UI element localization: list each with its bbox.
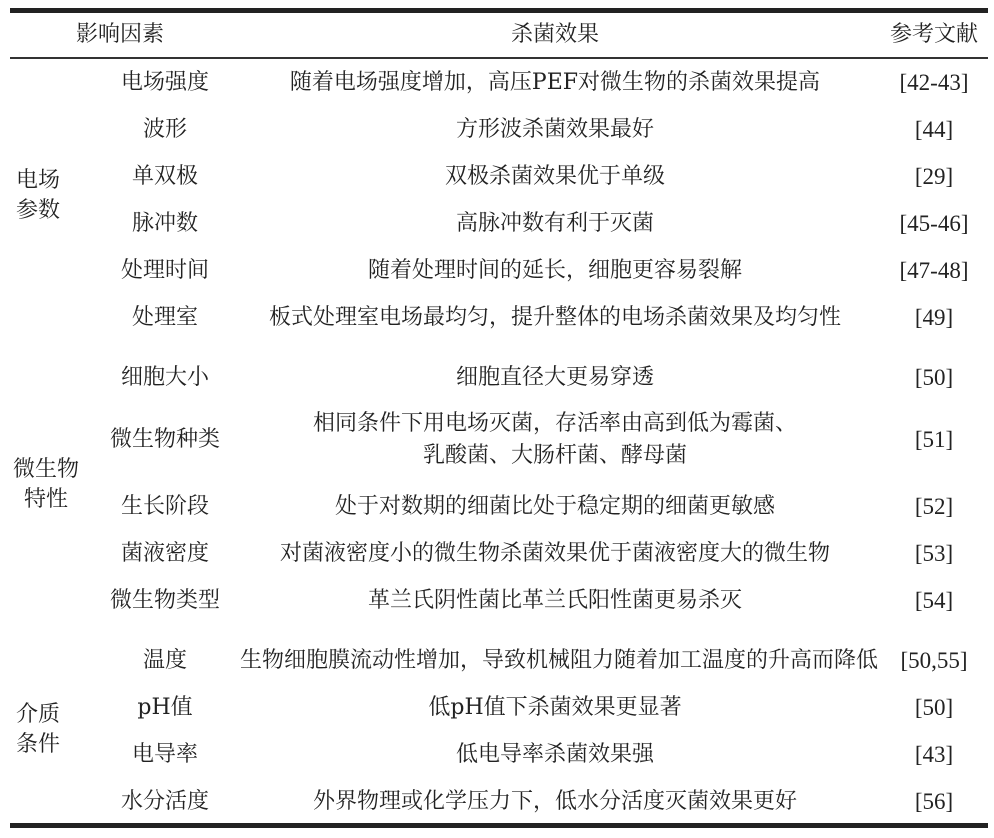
factor-cell: 菌液密度 — [100, 541, 230, 567]
effect-cell: 细胞直径大更易穿透 — [240, 365, 870, 391]
effect-cell-line-2: 乳酸菌、大肠杆菌、酵母菌 — [240, 443, 870, 469]
factor-cell: pH值 — [100, 695, 230, 721]
reference-cell: [42-43] — [880, 70, 988, 96]
reference-cell: [49] — [880, 305, 988, 331]
group-label-line: 介质 — [8, 700, 68, 730]
factor-cell: 细胞大小 — [100, 365, 230, 391]
effect-cell: 对菌液密度小的微生物杀菌效果优于菌液密度大的微生物 — [240, 541, 870, 567]
effect-cell: 双极杀菌效果优于单级 — [240, 164, 870, 190]
effect-cell: 革兰氏阴性菌比革兰氏阳性菌更易杀灭 — [240, 588, 870, 614]
effect-cell: 随着处理时间的延长，细胞更容易裂解 — [240, 258, 870, 284]
reference-cell: [47-48] — [880, 258, 988, 284]
factor-cell: 处理室 — [100, 305, 230, 331]
reference-cell: [29] — [880, 164, 988, 190]
effect-cell: 方形波杀菌效果最好 — [240, 117, 870, 143]
reference-cell: [51] — [880, 427, 988, 453]
factor-cell: 波形 — [100, 117, 230, 143]
effect-cell: 随着电场强度增加，高压PEF对微生物的杀菌效果提高 — [240, 70, 870, 96]
header-effect: 杀菌效果 — [240, 22, 870, 48]
factor-cell: 脉冲数 — [100, 211, 230, 237]
effect-cell: 高脉冲数有利于灭菌 — [240, 211, 870, 237]
effect-cell-line-1: 相同条件下用电场灭菌，存活率由高到低为霉菌、 — [240, 411, 870, 437]
data-table: 影响因素 杀菌效果 参考文献 — [10, 8, 988, 59]
group-label-line: 特性 — [6, 485, 86, 515]
factor-cell: 水分活度 — [100, 789, 230, 815]
group-label-line: 参数 — [8, 196, 68, 226]
reference-cell: [54] — [880, 588, 988, 614]
reference-cell: [44] — [880, 117, 988, 143]
header-row: 影响因素 杀菌效果 参考文献 — [10, 13, 988, 57]
bottom-rule — [10, 823, 988, 828]
group-label-line: 电场 — [8, 166, 68, 196]
factor-cell: 生长阶段 — [100, 494, 230, 520]
group-label-field-params: 电场 参数 — [8, 166, 68, 226]
reference-cell: [45-46] — [880, 211, 988, 237]
effect-cell: 低电导率杀菌效果强 — [240, 742, 870, 768]
factor-cell: 单双极 — [100, 164, 230, 190]
reference-cell: [50] — [880, 365, 988, 391]
group-label-medium: 介质 条件 — [8, 700, 68, 760]
effect-cell: 处于对数期的细菌比处于稳定期的细菌更敏感 — [240, 494, 870, 520]
factor-cell: 微生物种类 — [100, 427, 230, 453]
header-factor: 影响因素 — [10, 22, 230, 48]
table-row: 微生物种类 相同条件下用电场灭菌，存活率由高到低为霉菌、 乳酸菌、大肠杆菌、酵母… — [10, 411, 988, 475]
effect-cell: 低pH值下杀菌效果更显著 — [240, 695, 870, 721]
factor-cell: 电导率 — [100, 742, 230, 768]
reference-cell: [53] — [880, 541, 988, 567]
factor-cell: 电场强度 — [100, 70, 230, 96]
factor-cell: 温度 — [100, 648, 230, 674]
effect-cell: 生物细胞膜流动性增加，导致机械阻力随着加工温度的升高而降低 — [240, 648, 870, 674]
reference-cell: [56] — [880, 789, 988, 815]
group-label-line: 条件 — [8, 730, 68, 760]
header-reference: 参考文献 — [880, 22, 988, 48]
reference-cell: [50,55] — [880, 648, 988, 674]
factor-cell: 处理时间 — [100, 258, 230, 284]
effect-cell: 外界物理或化学压力下，低水分活度灭菌效果更好 — [240, 789, 870, 815]
header-rule — [10, 57, 988, 59]
reference-cell: [50] — [880, 695, 988, 721]
reference-cell: [43] — [880, 742, 988, 768]
effect-cell: 板式处理室电场最均匀，提升整体的电场杀菌效果及均匀性 — [240, 305, 870, 331]
factor-cell: 微生物类型 — [100, 588, 230, 614]
reference-cell: [52] — [880, 494, 988, 520]
